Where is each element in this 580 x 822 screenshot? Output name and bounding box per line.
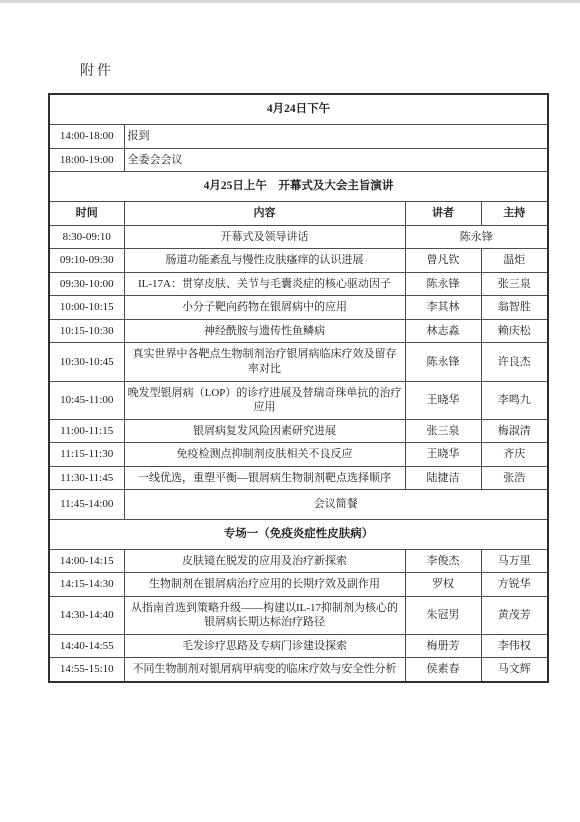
- time-cell: 11:45-14:00: [49, 490, 124, 520]
- time-cell: 10:30-10:45: [49, 343, 124, 381]
- table-row: 4月25日上午 开幕式及大会主旨演讲: [49, 172, 548, 202]
- speaker-cell: 曾凡钦: [405, 249, 481, 273]
- host-cell: 李伟权: [481, 634, 548, 658]
- table-row: 09:30-10:00IL-17A：贯穿皮肤、关节与毛囊炎症的核心驱动因子陈永锋…: [49, 272, 548, 296]
- session-header-cell: 4月24日下午: [49, 94, 548, 125]
- table-row: 10:45-11:00晚发型银屑病（LOP）的诊疗进展及替瑞奇珠单抗的治疗应用王…: [49, 381, 548, 419]
- time-cell: 10:15-10:30: [49, 319, 124, 343]
- table-row: 11:30-11:45一线优选，重塑平衡—银屑病生物制剂靶点选择顺序陆捷洁张浩: [49, 466, 548, 490]
- content-cell: 一线优选，重塑平衡—银屑病生物制剂靶点选择顺序: [124, 466, 405, 490]
- table-row: 14:00-14:15皮肤镜在脱发的应用及治疗新探索李俊杰马万里: [49, 549, 548, 573]
- content-cell: 开幕式及领导讲话: [124, 225, 405, 249]
- table-row: 4月24日下午: [49, 94, 548, 125]
- content-cell: 毛发诊疗思路及专病门诊建设探索: [124, 634, 405, 658]
- table-row: 专场一（免疫炎症性皮肤病）: [49, 519, 548, 549]
- content-cell: 晚发型银屑病（LOP）的诊疗进展及替瑞奇珠单抗的治疗应用: [124, 381, 405, 419]
- speaker-cell: 陈永锋: [405, 225, 548, 249]
- host-cell: 李鸣九: [481, 381, 548, 419]
- speaker-cell: 罗权: [405, 573, 481, 597]
- speaker-cell: 李其林: [405, 296, 481, 320]
- content-cell: 神经酰胺与遗传性鱼鳞病: [124, 319, 405, 343]
- speaker-cell: 侯素春: [405, 658, 481, 682]
- content-cell: 会议简餐: [124, 490, 548, 520]
- table-row: 11:45-14:00会议简餐: [49, 490, 548, 520]
- host-cell: 方锐华: [481, 573, 548, 597]
- content-cell: IL-17A：贯穿皮肤、关节与毛囊炎症的核心驱动因子: [124, 272, 405, 296]
- schedule-table-body: 4月24日下午14:00-18:00报到18:00-19:00全委会会议4月25…: [49, 94, 548, 682]
- speaker-cell: 陈永锋: [405, 272, 481, 296]
- content-cell: 免疫检测点抑制剂皮肤相关不良反应: [124, 443, 405, 467]
- time-cell: 8:30-09:10: [49, 225, 124, 249]
- speaker-cell: 林志淼: [405, 319, 481, 343]
- column-header-cell: 主持: [481, 202, 548, 226]
- speaker-cell: 张三泉: [405, 419, 481, 443]
- table-row: 11:15-11:30免疫检测点抑制剂皮肤相关不良反应王晓华齐庆: [49, 443, 548, 467]
- time-cell: 14:00-14:15: [49, 549, 124, 573]
- table-row: 时间内容讲者主持: [49, 202, 548, 226]
- table-row: 10:15-10:30神经酰胺与遗传性鱼鳞病林志淼赖庆松: [49, 319, 548, 343]
- host-cell: 梅淑清: [481, 419, 548, 443]
- host-cell: 马万里: [481, 549, 548, 573]
- content-cell: 生物制剂在银屑病治疗应用的长期疗效及副作用: [124, 573, 405, 597]
- column-header-cell: 时间: [49, 202, 124, 226]
- speaker-cell: 陈永锋: [405, 343, 481, 381]
- table-row: 14:40-14:55毛发诊疗思路及专病门诊建设探索梅册芳李伟权: [49, 634, 548, 658]
- table-row: 10:30-10:45真实世界中各靶点生物制剂治疗银屑病临床疗效及留存率对比陈永…: [49, 343, 548, 381]
- content-cell: 从指南首选到策略升级——构建以IL-17抑制剂为核心的银屑病长期达标治疗路径: [124, 596, 405, 634]
- table-row: 11:00-11:15银屑病复发风险因素研究进展张三泉梅淑清: [49, 419, 548, 443]
- table-row: 09:10-09:30肠道功能紊乱与慢性皮肤瘙痒的认识进展曾凡钦温炬: [49, 249, 548, 273]
- host-cell: 温炬: [481, 249, 548, 273]
- session-header-cell: 4月25日上午 开幕式及大会主旨演讲: [49, 172, 548, 202]
- table-row: 18:00-19:00全委会会议: [49, 148, 548, 172]
- content-cell: 皮肤镜在脱发的应用及治疗新探索: [124, 549, 405, 573]
- time-cell: 11:15-11:30: [49, 443, 124, 467]
- content-cell: 不同生物制剂对银屑病甲病变的临床疗效与安全性分析: [124, 658, 405, 682]
- speaker-cell: 李俊杰: [405, 549, 481, 573]
- speaker-cell: 陆捷洁: [405, 466, 481, 490]
- column-header-cell: 讲者: [405, 202, 481, 226]
- host-cell: 张三泉: [481, 272, 548, 296]
- time-cell: 18:00-19:00: [49, 148, 124, 172]
- speaker-cell: 王晓华: [405, 381, 481, 419]
- time-cell: 11:00-11:15: [49, 419, 124, 443]
- speaker-cell: 朱冠男: [405, 596, 481, 634]
- time-cell: 10:45-11:00: [49, 381, 124, 419]
- host-cell: 赖庆松: [481, 319, 548, 343]
- table-row: 14:55-15:10不同生物制剂对银屑病甲病变的临床疗效与安全性分析侯素春马文…: [49, 658, 548, 682]
- time-cell: 14:40-14:55: [49, 634, 124, 658]
- host-cell: 翁智胜: [481, 296, 548, 320]
- speaker-cell: 王晓华: [405, 443, 481, 467]
- table-row: 14:30-14:40从指南首选到策略升级——构建以IL-17抑制剂为核心的银屑…: [49, 596, 548, 634]
- time-cell: 09:30-10:00: [49, 272, 124, 296]
- host-cell: 张浩: [481, 466, 548, 490]
- column-header-cell: 内容: [124, 202, 405, 226]
- speaker-cell: 梅册芳: [405, 634, 481, 658]
- time-cell: 14:55-15:10: [49, 658, 124, 682]
- time-cell: 14:15-14:30: [49, 573, 124, 597]
- content-cell: 肠道功能紊乱与慢性皮肤瘙痒的认识进展: [124, 249, 405, 273]
- host-cell: 黄茂芳: [481, 596, 548, 634]
- host-cell: 许良杰: [481, 343, 548, 381]
- content-cell: 报到: [124, 125, 548, 149]
- time-cell: 14:00-18:00: [49, 125, 124, 149]
- host-cell: 马文辉: [481, 658, 548, 682]
- time-cell: 11:30-11:45: [49, 466, 124, 490]
- table-row: 14:15-14:30生物制剂在银屑病治疗应用的长期疗效及副作用罗权方锐华: [49, 573, 548, 597]
- host-cell: 齐庆: [481, 443, 548, 467]
- content-cell: 全委会会议: [124, 148, 548, 172]
- time-cell: 10:00-10:15: [49, 296, 124, 320]
- content-cell: 小分子靶向药物在银屑病中的应用: [124, 296, 405, 320]
- window-top-edge: [0, 0, 580, 3]
- session-header-cell: 专场一（免疫炎症性皮肤病）: [49, 519, 548, 549]
- content-cell: 银屑病复发风险因素研究进展: [124, 419, 405, 443]
- conference-schedule-table: 4月24日下午14:00-18:00报到18:00-19:00全委会会议4月25…: [48, 93, 549, 683]
- attachment-heading: 附件: [80, 60, 114, 80]
- time-cell: 14:30-14:40: [49, 596, 124, 634]
- table-row: 14:00-18:00报到: [49, 125, 548, 149]
- table-row: 8:30-09:10开幕式及领导讲话陈永锋: [49, 225, 548, 249]
- table-row: 10:00-10:15小分子靶向药物在银屑病中的应用李其林翁智胜: [49, 296, 548, 320]
- time-cell: 09:10-09:30: [49, 249, 124, 273]
- content-cell: 真实世界中各靶点生物制剂治疗银屑病临床疗效及留存率对比: [124, 343, 405, 381]
